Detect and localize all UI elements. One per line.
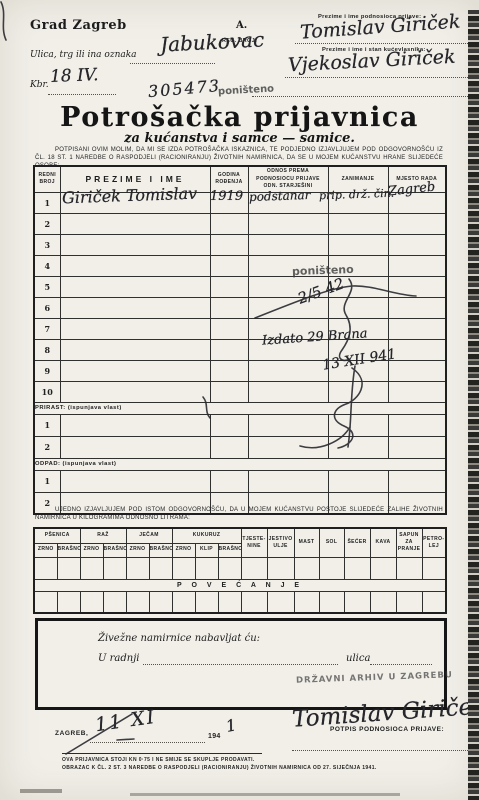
shop-declaration-box: Živežne namirnice nabavljat ću: U radnji… [35,618,447,710]
col-tjestenine: TJESTE-NINE [241,528,267,557]
footer-city-label: ZAGREB, [55,730,88,737]
footer-signature-line [292,750,470,751]
row-number: 2 [34,436,60,458]
persons-table: REDNI BROJ PREZIME I IME GODINA ROĐENJA … [33,165,447,515]
supplies-data-row [34,591,446,613]
hw-reg-number: 305473 [147,76,221,101]
kbr-line [48,94,116,95]
scan-smudge [130,793,400,796]
povecanje-label: P O V E Ć A N J E [34,579,446,591]
hw-row1-year: 1919 [210,189,243,204]
row-number: 1 [34,470,60,492]
col-kava: KAVA [370,528,396,557]
row-number: 7 [34,318,60,339]
sub-zrno: ZRNO [80,543,103,557]
torn-edge-right [468,10,479,800]
person-row: 7 [34,318,446,339]
odpad-label: ODPAD: (ispunjava vlast) [34,458,446,470]
declaration-paragraph-2: UJEDNO IZJAVLJUJEM POD ISTOM ODGOVORNOŠĆ… [35,506,443,522]
group-jecam: JEČAM [126,528,172,543]
person-row: 3 [34,234,446,255]
row-number: 6 [34,297,60,318]
supplies-table: PŠENICA RAŽ JEČAM KUKURUZ TJESTE-NINE JE… [33,527,447,614]
row-number: 10 [34,381,60,402]
group-psenica: PŠENICA [34,528,80,543]
group-raz: RAŽ [80,528,126,543]
footer-note-2: OBRAZAC K ČL. 2 ST. 3 NAREDBE O RASPODJE… [62,765,377,771]
street-label: Ulica, trg ili ina oznaka [30,50,137,60]
hw-footer-year-digit: 1 [224,715,238,736]
row-number: 2 [34,213,60,234]
sub-brasno: BRAŠNO [218,543,241,557]
odpad-row: 1 [34,470,446,492]
person-row: 2 [34,213,446,234]
supplies-data-row [34,557,446,579]
spare-line [252,96,472,97]
footer-note-1: OVA PRIJAVNICA STOJI KN 0·75 I NE SMIJE … [62,757,255,763]
hw-kbr: 18 IV. [50,65,99,87]
footer-year-prefix: 194 [208,733,221,740]
kbr-label: Kbr. [30,80,49,90]
col-sapun: SAPUN ZA PRANJE [396,528,422,557]
row-number: 3 [34,234,60,255]
sub-zrno: ZRNO [126,543,149,557]
sub-klip: KLIP [195,543,218,557]
col-mast: MAST [294,528,319,557]
hw-street: Jabukovac [159,27,264,56]
person-row: 6 [34,297,446,318]
footer-date-line [90,742,205,743]
applicant-line [295,43,472,44]
shop-intro: Živežne namirnice nabavljat ću: [98,633,260,644]
prirast-row: 1 [34,414,446,436]
shop-street-line [370,664,432,665]
hw-row1-occupation: prip. drž. čin. [319,187,395,203]
prirast-label-row: PRIRAST: (ispunjava vlast) [34,402,446,414]
sub-brasno: BRAŠNO [149,543,172,557]
hw-footer-date: 11 XI [94,706,158,736]
person-row: 10 [34,381,446,402]
row-number: 4 [34,255,60,276]
povecanje-row: P O V E Ć A N J E [34,579,446,591]
col-sol: SOL [319,528,344,557]
scanned-form-page: Grad Zagreb A. REG. BROJ: Ulica, trg ili… [0,0,479,800]
form-title: Potrošačka prijavnica [0,102,479,133]
prirast-row: 2 [34,436,446,458]
hw-row1-relation: podstanar [249,188,311,204]
prirast-label: PRIRAST: (ispunjava vlast) [34,402,446,414]
supplies-group-header-row: PŠENICA RAŽ JEČAM KUKURUZ TJESTE-NINE JE… [34,528,446,543]
scan-smudge [20,789,62,793]
u-radnji-label: U radnji [98,653,140,664]
sub-brasno: BRAŠNO [103,543,126,557]
city-heading: Grad Zagreb [30,18,127,33]
sub-zrno: ZRNO [172,543,195,557]
row-number: 1 [34,414,60,436]
person-row: 4 [34,255,446,276]
form-subtitle: za kućanstva i samce — samice. [0,131,479,146]
col-jestivo-ulje: JESTIVO ULJE [267,528,294,557]
row-number: 8 [34,339,60,360]
footer-separator-rule [62,753,262,754]
odpad-label-row: ODPAD: (ispunjava vlast) [34,458,446,470]
ulica-label: ulica [346,653,370,664]
row-number: 5 [34,276,60,297]
shop-name-line [143,664,338,665]
col-header-redni-broj: REDNI BROJ [34,166,60,192]
row-number: 1 [34,192,60,213]
ponisteno-stamp: poništeno [292,263,354,278]
archive-stamp: DRŽAVNI ARHIV U ZAGREBU [296,670,453,685]
col-secer: ŠEĆER [344,528,370,557]
sub-brasno: BRAŠNO [57,543,80,557]
col-petrolej: PETRO-LEJ [422,528,446,557]
owner-line [285,77,472,78]
hw-owner-name: Vjekoslav Giriček [288,46,456,77]
street-line [130,63,215,64]
group-kukuruz: KUKURUZ [172,528,241,543]
row-number: 9 [34,360,60,381]
person-row: 5 [34,276,446,297]
sub-zrno: ZRNO [34,543,57,557]
